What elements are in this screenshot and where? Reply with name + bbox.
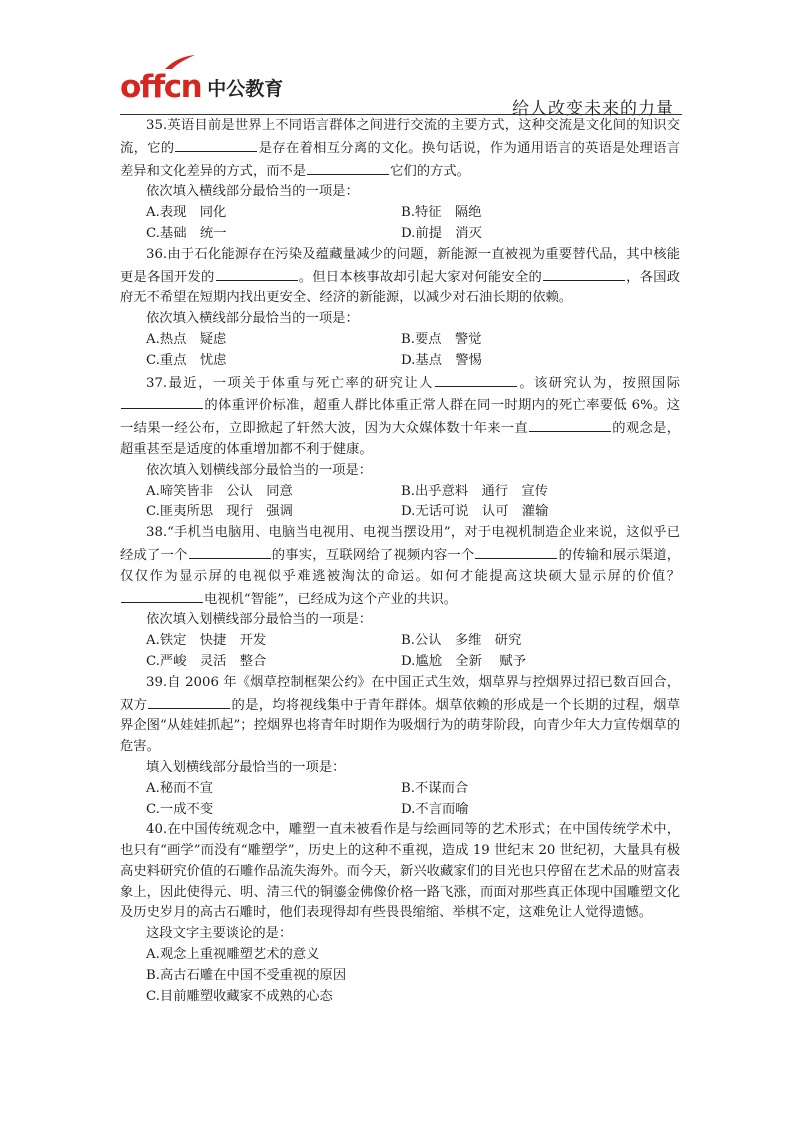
logo-wordmark: offcn (120, 72, 201, 102)
options-row: A.热点 疑虑 B.要点 警觉 (120, 330, 680, 351)
option-b: B.不谋而合 (401, 779, 656, 800)
option-d: D.无话可说 认可 灌输 (401, 502, 656, 523)
question-stem: 39.自 2006 年《烟草控制框架公约》在中国正式生效，烟草界与控烟界过招已数… (120, 673, 680, 758)
options-row: A.表现 同化 B.特征 隔绝 (120, 203, 680, 224)
options-row: C.一成不变 D.不言而喻 (120, 800, 680, 821)
question-prompt: 依次填入横线部分最恰当的一项是： (120, 182, 680, 203)
question-stem: 38.“手机当电脑用、电脑当电视用、电视当摆设用”，对于电视机制造企业来说，这似… (120, 523, 680, 610)
option-a: A.秘而不宣 (146, 779, 401, 800)
options-row: A.铁定 快捷 开发 B.公认 多维 研究 (120, 631, 680, 652)
question-36: 36.由于石化能源存在污染及蕴藏量减少的问题，新能源一直被视为重要替代品，其中核… (120, 245, 680, 372)
options-row: C.重点 忧虑 D.基点 警惕 (120, 351, 680, 372)
option-c: C.匪夷所思 现行 强调 (146, 502, 401, 523)
option-b: B.特征 隔绝 (401, 203, 656, 224)
option-b: B.公认 多维 研究 (401, 631, 656, 652)
option-c: C.目前雕塑收藏家不成熟的心态 (120, 987, 680, 1008)
option-a: A.热点 疑虑 (146, 330, 401, 351)
option-d: D.不言而喻 (401, 800, 656, 821)
option-c: C.严峻 灵活 整合 (146, 652, 401, 673)
option-c: C.一成不变 (146, 800, 401, 821)
options-row: A.啼笑皆非 公认 同意 B.出乎意料 通行 宣传 (120, 482, 680, 503)
question-37: 37.最近，一项关于体重与死亡率的研究让人。该研究认为，按照国际的体重评价标准，… (120, 372, 680, 524)
logo-chinese-name: 中公教育 (207, 76, 283, 102)
question-prompt: 依次填入横线部分最恰当的一项是： (120, 309, 680, 330)
page-header: offcn 中公教育 给人改变未来的力量 (120, 62, 680, 114)
option-a: A.铁定 快捷 开发 (146, 631, 401, 652)
option-d: D.尴尬 全新 赋予 (401, 652, 656, 673)
option-b: B.出乎意料 通行 宣传 (401, 482, 656, 503)
fill-blank (216, 266, 298, 281)
question-prompt: 填入划横线部分最恰当的一项是： (120, 758, 680, 779)
question-prompt: 这段文字主要谈论的是： (120, 924, 680, 945)
option-a: A.表现 同化 (146, 203, 401, 224)
question-38: 38.“手机当电脑用、电脑当电视用、电视当摆设用”，对于电视机制造企业来说，这似… (120, 523, 680, 673)
fill-blank (307, 160, 389, 175)
fill-blank (175, 137, 257, 152)
option-c: C.重点 忧虑 (146, 351, 401, 372)
fill-blank (121, 394, 203, 409)
options-row: C.严峻 灵活 整合 D.尴尬 全新 赋予 (120, 652, 680, 673)
fill-blank (529, 417, 611, 432)
question-prompt: 依次填入划横线部分最恰当的一项是： (120, 610, 680, 631)
option-a: A.观念上重视雕塑艺术的意义 (120, 945, 680, 966)
fill-blank (121, 588, 203, 603)
question-35: 35.英语目前是世界上不同语言群体之间进行交流的主要方式，这种交流是文化间的知识… (120, 116, 680, 245)
question-stem: 40.在中国传统观念中，雕塑一直未被看作是与绘画同等的艺术形式；在中国传统学术中… (120, 820, 680, 924)
options-row: C.匪夷所思 现行 强调 D.无话可说 认可 灌输 (120, 502, 680, 523)
logo-swoosh-icon (164, 54, 196, 70)
question-39: 39.自 2006 年《烟草控制框架公约》在中国正式生效，烟草界与控烟界过招已数… (120, 673, 680, 821)
options-row: C.基础 统一 D.前提 消灭 (120, 224, 680, 245)
option-d: D.前提 消灭 (401, 224, 656, 245)
question-stem: 36.由于石化能源存在污染及蕴藏量减少的问题，新能源一直被视为重要替代品，其中核… (120, 245, 680, 309)
fill-blank (189, 544, 271, 559)
fill-blank (148, 694, 230, 709)
fill-blank (435, 372, 517, 387)
option-a: A.啼笑皆非 公认 同意 (146, 482, 401, 503)
question-stem: 37.最近，一项关于体重与死亡率的研究让人。该研究认为，按照国际的体重评价标准，… (120, 372, 680, 461)
options-row: A.秘而不宣 B.不谋而合 (120, 779, 680, 800)
option-b: B.高古石雕在中国不受重视的原因 (120, 966, 680, 987)
document-body: 35.英语目前是世界上不同语言群体之间进行交流的主要方式，这种交流是文化间的知识… (120, 116, 680, 1007)
fill-blank (475, 544, 557, 559)
option-d: D.基点 警惕 (401, 351, 656, 372)
offcn-logo: offcn 中公教育 (120, 62, 283, 102)
question-stem: 35.英语目前是世界上不同语言群体之间进行交流的主要方式，这种交流是文化间的知识… (120, 116, 680, 182)
option-b: B.要点 警觉 (401, 330, 656, 351)
header-divider (120, 114, 682, 115)
question-40: 40.在中国传统观念中，雕塑一直未被看作是与绘画同等的艺术形式；在中国传统学术中… (120, 820, 680, 1007)
question-prompt: 依次填入划横线部分最恰当的一项是： (120, 461, 680, 482)
option-c: C.基础 统一 (146, 224, 401, 245)
fill-blank (543, 266, 625, 281)
